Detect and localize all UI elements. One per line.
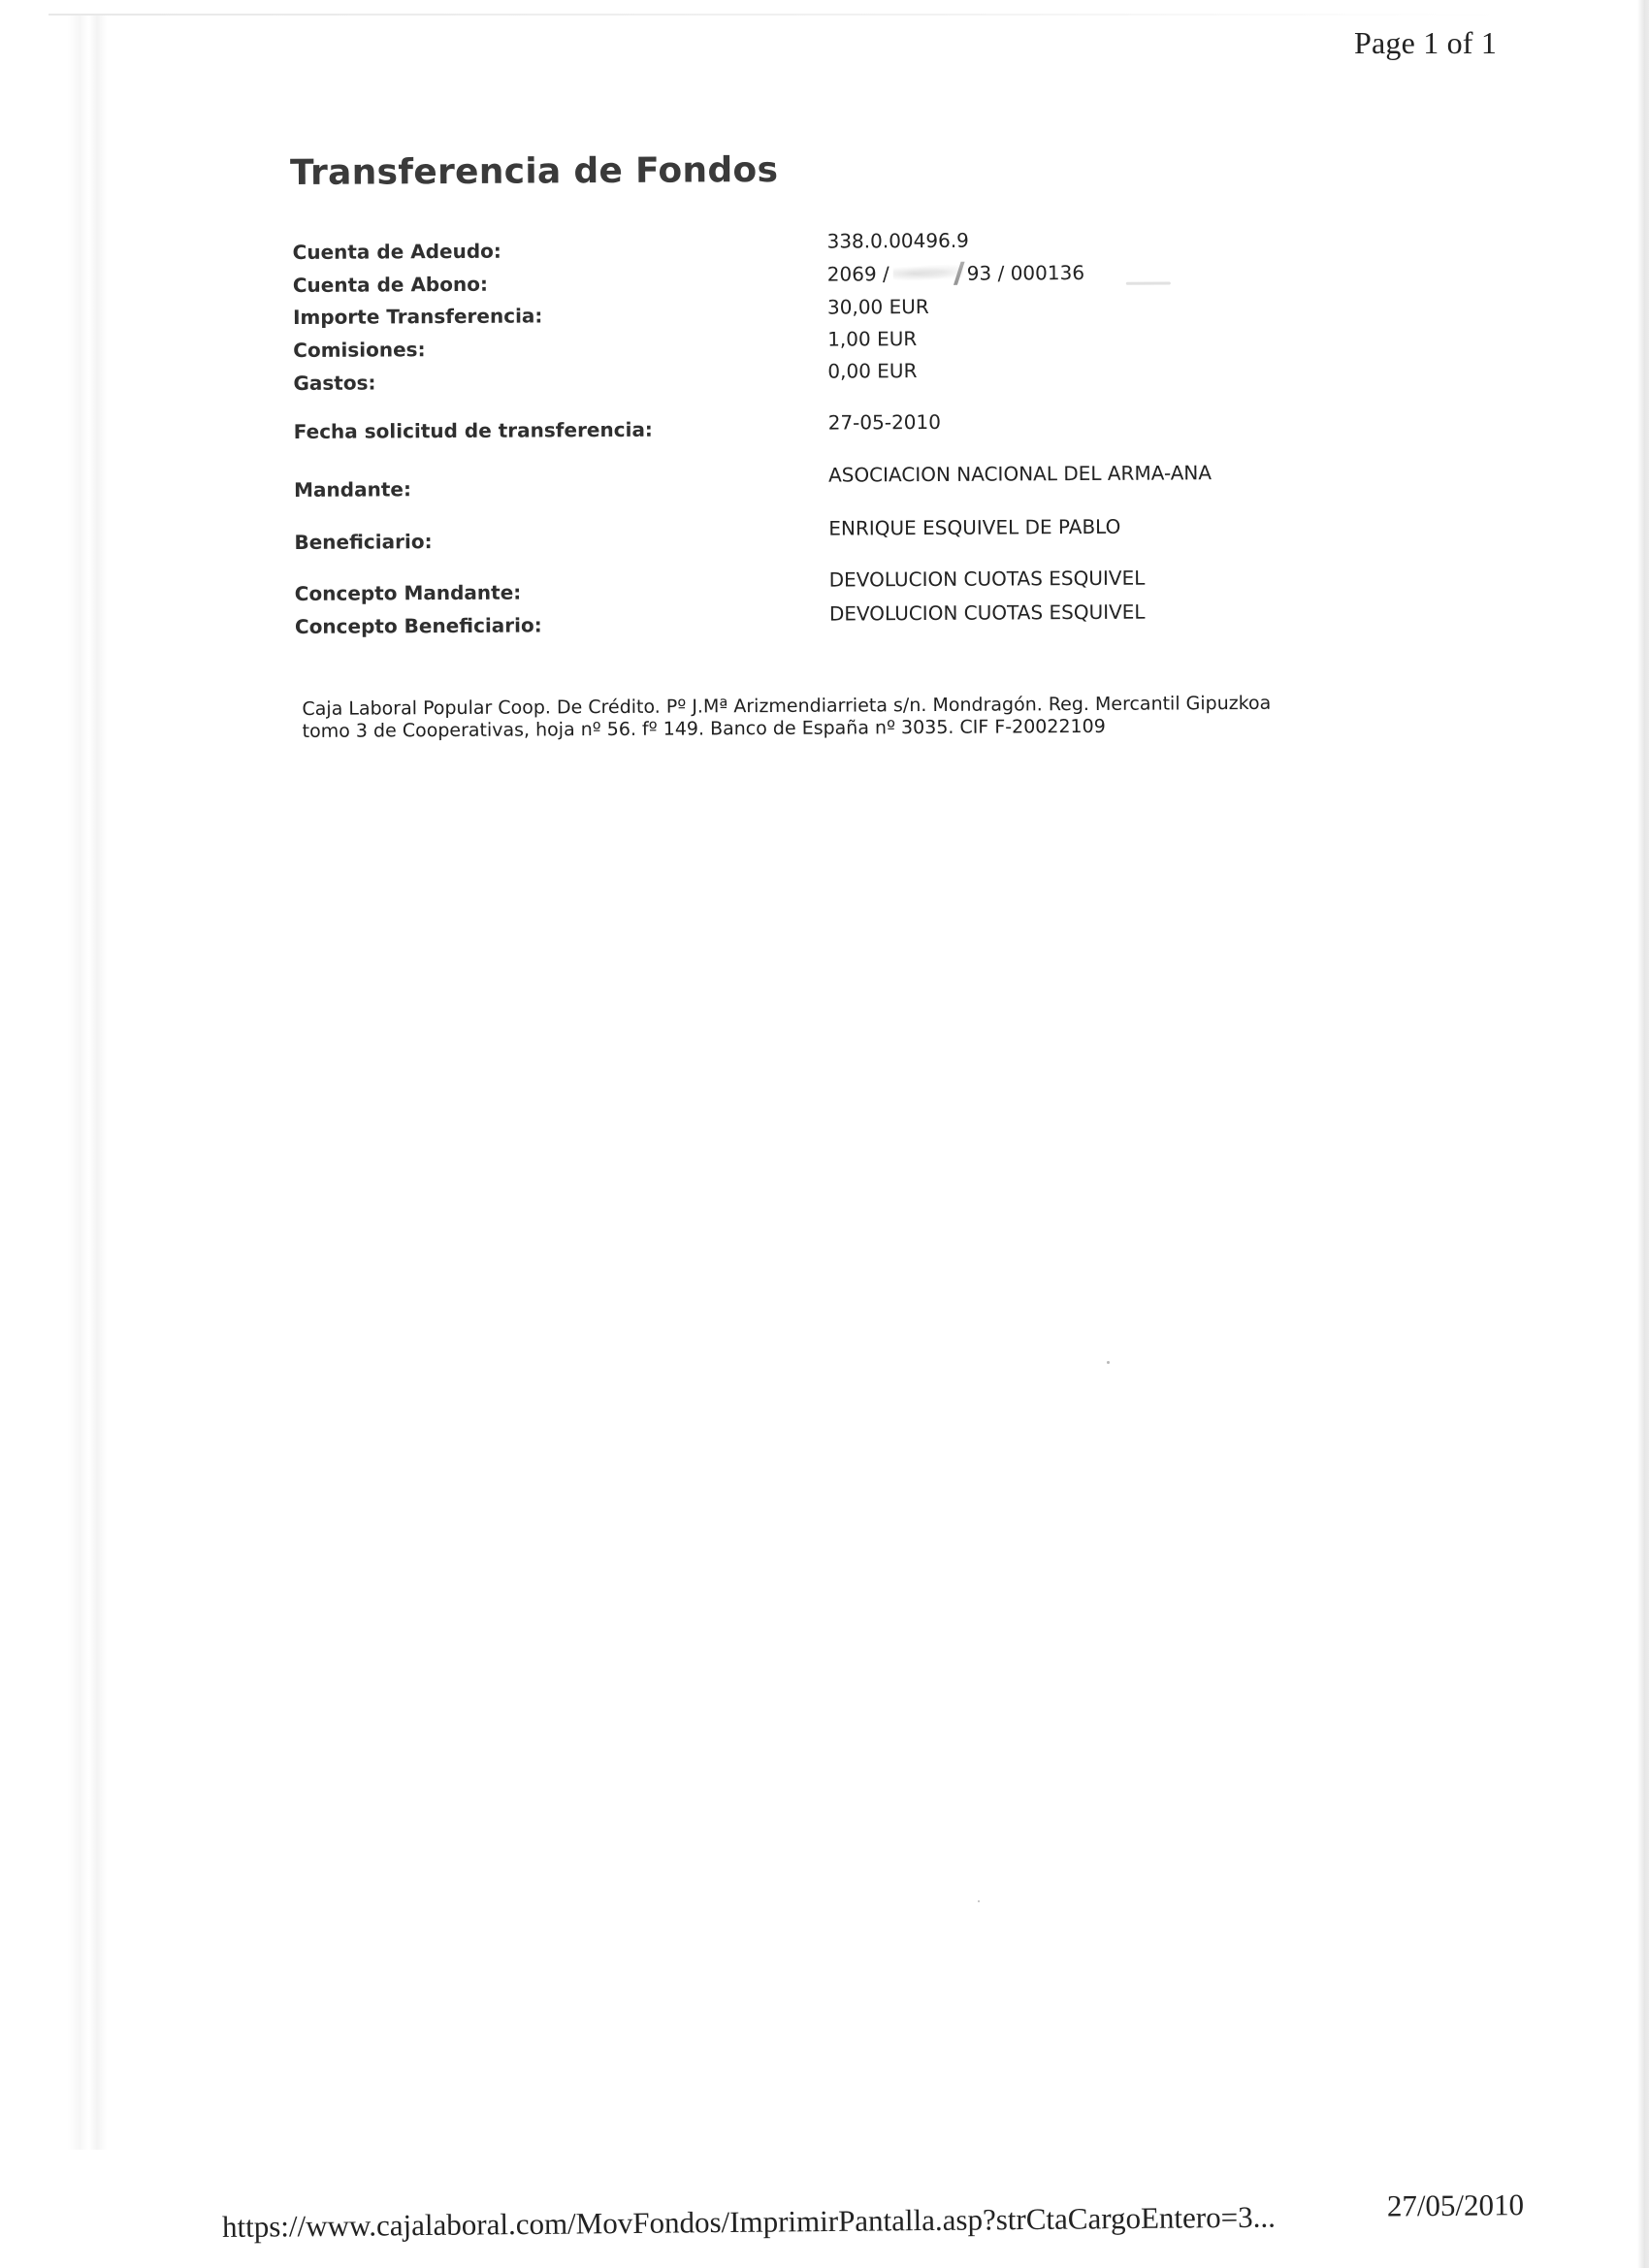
- print-date: 27/05/2010: [1387, 2187, 1525, 2223]
- print-url: https://www.cajalaboral.com/MovFondos/Im…: [222, 2200, 1276, 2245]
- print-footer: https://www.cajalaboral.com/MovFondos/Im…: [0, 0, 1649, 2268]
